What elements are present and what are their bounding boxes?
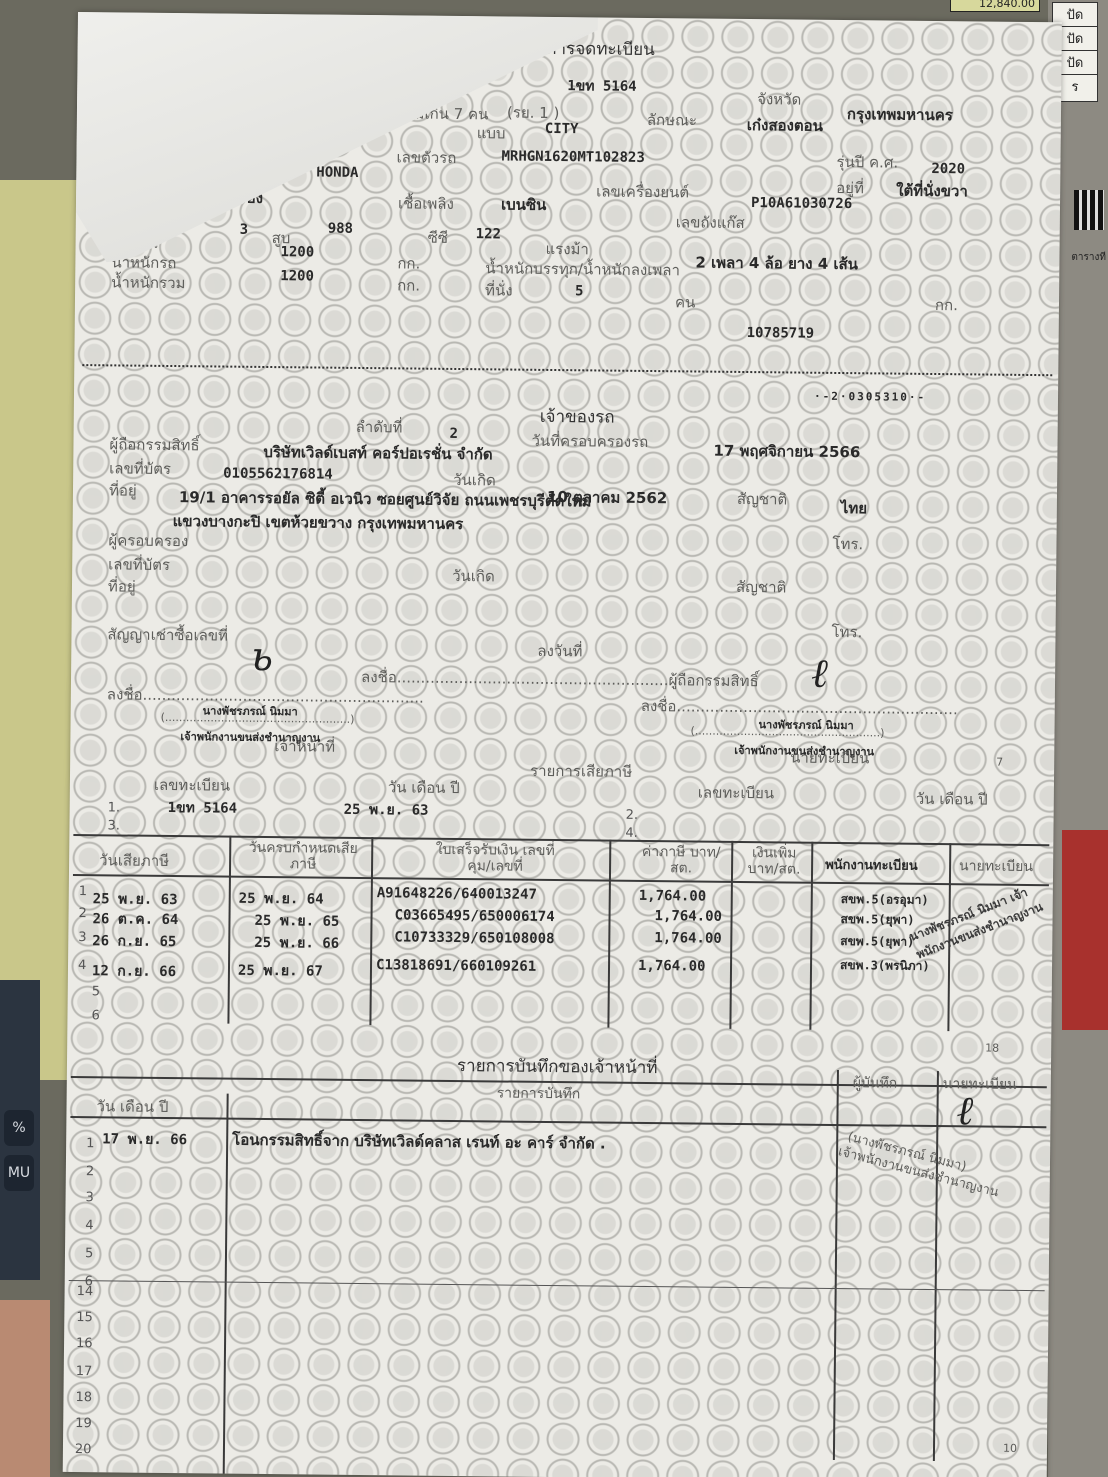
tax-col-divider [809, 842, 813, 1030]
tax-row-no: 2 [78, 906, 86, 921]
tax-amount: 1,764.00 [638, 958, 706, 975]
possession-date-label: วันที่ครอบครองรถ [531, 429, 648, 454]
gas-tank-label: เลขถังแก๊ส [676, 210, 745, 235]
plate-history-header: เลขทะเบียน [154, 773, 230, 798]
tax-row-no: 3 [78, 930, 86, 945]
vin-value: MRHGN1620MT102823 [501, 148, 644, 165]
gross-value: 1200 [280, 268, 314, 284]
registrar-role: นายทะเบียน [790, 745, 869, 770]
tax-receipt: C13818691/660109261 [376, 957, 536, 975]
weight-unit: กก. [397, 251, 420, 275]
notes-row-no: 17 [76, 1364, 93, 1379]
holder-id-label: เลขที่บัตร [109, 456, 171, 481]
province-value: กรุงเทพมหานคร [847, 102, 953, 127]
vehicle-registration-book-page: รายการจดทะเบียน 2563 เลขทะเบียน 1ขท 5164… [63, 12, 1062, 1477]
plate-history-date: 25 พ.ย. 63 [344, 799, 429, 822]
section-divider [82, 364, 1052, 376]
tax-amount: 1,764.00 [654, 930, 722, 947]
official-stamp: นางพัชรภรณ์ นิมมา เจ้าพนักงานขนส่งชำนาญง… [907, 877, 1055, 965]
seats-value: 5 [575, 283, 584, 299]
notes-row-no: 5 [85, 1246, 93, 1261]
plate-history-no: 2. [626, 808, 639, 823]
notes-row-no: 16 [76, 1336, 93, 1351]
notes-header-date: วัน เดือน ปี [96, 1094, 168, 1119]
tax-col-divider [729, 841, 733, 1029]
tax-due-date: 25 พ.ย. 66 [254, 932, 339, 955]
engine-no-label: เลขเครื่องยนต์ [596, 179, 689, 204]
notes-row-no: 1 [86, 1136, 94, 1151]
holder-name: บริษัทเวิลด์เบสท์ คอร์ปอเรชั่น จำกัด [263, 440, 493, 466]
background-amount-tab: 12,840.00 [950, 0, 1040, 12]
binder-label: ตารางที [1071, 250, 1106, 265]
model-year-label: รุ่นปี ค.ศ. [836, 150, 898, 175]
load-unit: กก. [935, 293, 958, 317]
plate-history-plate: 1ขท 5164 [168, 797, 238, 820]
owner-section-title: เจ้าของรถ [540, 403, 615, 431]
fuel-value: เบนซิน [501, 192, 547, 216]
tax-due-date: 25 พ.ย. 67 [238, 960, 323, 983]
gross-unit: กก. [397, 273, 420, 297]
tax-header-registrar: นายทะเบียน [959, 855, 1033, 878]
tax-col-divider [607, 840, 611, 1028]
notes-entry: โอนกรรมสิทธิ์จาก บริษัทเวิลด์คลาส เรนท์ … [232, 1128, 606, 1156]
holder-signature: ℓ [811, 650, 828, 697]
load-label: น้ำหนักบรรทุก/น้ำหนักลงเพลา [485, 256, 680, 282]
tax-row-no: 4 [78, 958, 86, 973]
notes-header-registrar: นายทะเบียน [943, 1073, 1017, 1096]
notes-col-divider [933, 1071, 939, 1461]
tax-header-receipt: ใบเสร็จรับเงิน เลขที่คุม/เลขที่ [425, 842, 565, 875]
notes-header-entry: รายการบันทึก [497, 1082, 581, 1105]
officer-signature: ь [251, 634, 273, 680]
tax-header-tax-amount: ค่าภาษี บาท/สต. [641, 844, 721, 877]
possessor-label: ผู้ครอบครอง [108, 528, 188, 553]
possessor-phone-label: โทร. [831, 620, 862, 644]
tax-header-surcharge: เงินเพิ่ม บาท/สต. [741, 845, 807, 878]
cc-value: 988 [328, 221, 353, 237]
tax-paid-date: 12 ก.ย. 66 [92, 960, 176, 983]
background-hand [0, 1300, 50, 1477]
tax-due-date: 25 พ.ย. 65 [254, 910, 339, 933]
tax-table-header-border [73, 874, 1049, 886]
hp-value: 122 [476, 226, 501, 242]
notes-row-no: 15 [76, 1310, 93, 1325]
cylinders-value: 3 [240, 222, 249, 238]
holder-nationality-value: ไทย [841, 496, 867, 520]
plate-history-header: วัน เดือน ปี [916, 787, 988, 812]
tax-paid-date: 26 ต.ค. 64 [92, 908, 178, 931]
axles-value: 2 เพลา 4 ล้อ ยาง 4 เส้น [695, 250, 858, 276]
notes-section-title: รายการบันทึกของเจ้าหน้าที่ [457, 1052, 658, 1081]
officer-role: เจ้าหน้าที่ [274, 734, 335, 759]
holder-address-line2: แขวงบางกะปิ เขตห้วยขวาง กรุงเทพมหานคร [173, 509, 464, 536]
brand-value: HONDA [316, 165, 358, 181]
notes-row-no: 14 [77, 1284, 94, 1299]
seats-label: ที่นั่ง [485, 278, 513, 302]
holder-address-label: ที่อยู่ [109, 478, 137, 502]
vin-location-value: ใต้ที่นั่งขวา [896, 179, 968, 204]
holder-label: ผู้ถือกรรมสิทธิ์ [109, 432, 199, 457]
possessor-address-label: ที่อยู่ [108, 574, 136, 598]
section-number: 7 [996, 756, 1003, 769]
cc-label: ซีซี [428, 226, 449, 250]
background-calculator: % MU [0, 980, 40, 1280]
model-year-value: 2020 [931, 161, 965, 177]
tax-clerk: สขพ.3(พรนิภา) [840, 956, 930, 976]
notes-col-divider [833, 1070, 839, 1460]
tax-receipt: C10733329/650108008 [394, 929, 554, 947]
plate-history-header: เลขทะเบียน [698, 781, 774, 806]
vin-label: เลขตัวรถ [396, 145, 456, 170]
possession-date-value: 17 พฤศจิกายน 2566 [713, 439, 860, 465]
style-label: ลักษณะ [647, 108, 697, 133]
plate-history-no: 4. [625, 826, 638, 841]
tax-page-number: 18 [985, 1042, 999, 1055]
tax-row-no: 1 [79, 884, 87, 899]
model-label: แบบ [477, 121, 506, 145]
tax-row-no: 6 [91, 1008, 99, 1023]
order-label: ลำดับที่ [356, 415, 403, 439]
background-red-folder [1062, 830, 1108, 1030]
calculator-key: MU [4, 1155, 34, 1191]
order-value: 2 [450, 426, 459, 442]
notes-row-no: 18 [75, 1390, 92, 1405]
calculator-key: % [4, 1110, 34, 1146]
officer-parens: (.......................................… [161, 711, 355, 726]
notes-header-recorder: ผู้บันทึก [853, 1072, 898, 1094]
tax-row-no: 5 [92, 984, 100, 999]
holder-nationality-label: สัญชาติ [737, 487, 788, 512]
fuel-label: เชื้อเพลิง [398, 191, 454, 216]
style-value: เก๋งสองตอน [747, 113, 823, 138]
signed-date-label: ลงวันที่ [537, 639, 582, 663]
tax-receipt: A91648226/640013247 [377, 885, 537, 903]
serial-number: 10785719 [747, 325, 815, 342]
tax-clerk: สขพ.5(ยุพา) [840, 932, 914, 952]
notes-table-header-border [70, 1116, 1046, 1128]
plate-value: 1ขท 5164 [567, 75, 637, 98]
qr-code-icon [1074, 190, 1104, 230]
tax-due-date: 25 พ.ย. 64 [239, 888, 324, 911]
page-fold-edge [69, 1280, 1045, 1291]
tax-header-paid-date: วันเสียภาษี [99, 848, 169, 873]
notes-date: 17 พ.ย. 66 [102, 1128, 187, 1151]
notes-row-no: 19 [75, 1416, 92, 1431]
code-strip: ·-2·0305310·- [814, 390, 926, 404]
tax-clerk: สขพ.5(อรอุมา) [841, 890, 929, 910]
plate-history-no: 3. [107, 818, 120, 833]
tax-header-due-date: วันครบกำหนดเสียภาษี [243, 840, 363, 873]
tax-receipt: C03665495/650006174 [394, 907, 554, 925]
notes-page-number: 10 [1003, 1442, 1017, 1455]
tax-amount: 1,764.00 [654, 908, 722, 925]
tax-paid-date: 26 ก.ย. 65 [92, 930, 176, 953]
tax-col-divider [227, 836, 231, 1024]
notes-row-no: 2 [86, 1164, 94, 1179]
notes-row-no: 3 [86, 1190, 94, 1205]
tax-col-divider [369, 837, 373, 1025]
tax-header-clerk: พนักงานทะเบียน [825, 854, 918, 876]
registrar-signature: ℓ [956, 1087, 973, 1134]
registrar-parens: (.......................................… [690, 724, 884, 739]
notes-row-no: 20 [75, 1442, 92, 1457]
holder-id-value: 0105562176814 [223, 466, 333, 483]
hire-purchase-label: สัญญาเช่าซื้อเลขที่ [107, 622, 228, 647]
notes-row-no: 4 [85, 1218, 93, 1233]
plate-history-header: วัน เดือน ปี [388, 775, 460, 800]
model-value: CITY [545, 121, 579, 137]
notes-col-divider [223, 1094, 229, 1474]
engine-no-value: P10A61030726 [751, 195, 852, 212]
tax-amount: 1,764.00 [639, 888, 707, 905]
tax-clerk: สขพ.5(ยุพา) [840, 910, 914, 930]
possessor-nationality-label: สัญชาติ [736, 575, 787, 600]
tax-section-title: รายการเสียภาษี [530, 759, 632, 784]
persons-label: คน [675, 290, 696, 314]
possessor-dob-label: วันเกิด [452, 564, 495, 588]
gross-label: น้ำหนักรวม [111, 270, 186, 295]
province-label: จังหวัด [757, 87, 801, 111]
plate-history-no: 1. [108, 800, 121, 815]
possessor-id-label: เลขที่บัตร [108, 552, 170, 577]
weight-value: 1200 [280, 244, 314, 260]
holder-phone-label: โทร. [832, 532, 863, 556]
